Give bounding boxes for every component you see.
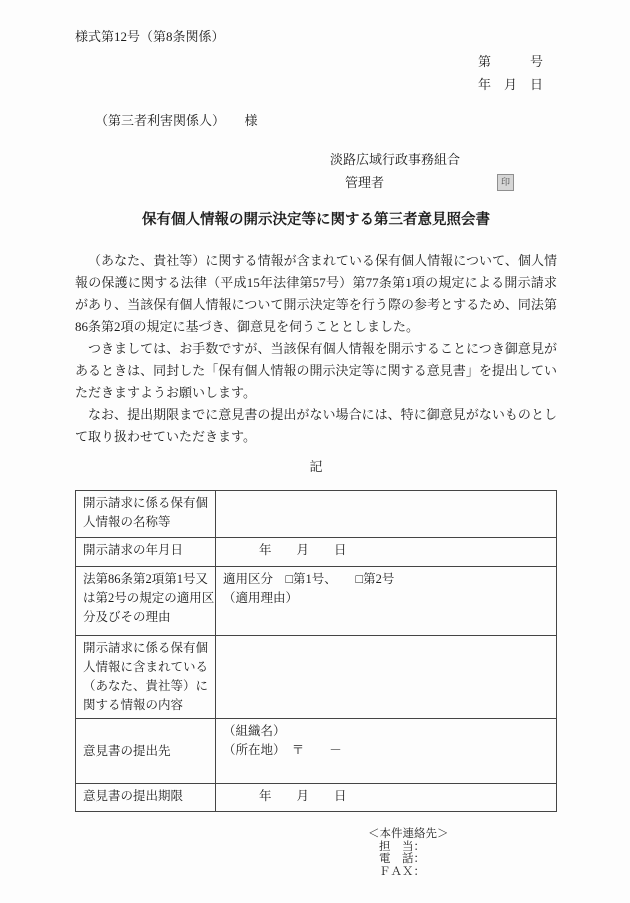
document-title: 保有個人情報の開示決定等に関する第三者意見照会書 [75,210,557,230]
form-number: 様式第12号（第8条関係） [75,28,557,46]
table-row-information-name: 開示請求に係る保有個人情報の名称等 [76,491,557,538]
body-paragraph-3: なお、提出期限までに意見書の提出がない場合には、特に御意見がないものとして取り扱… [75,404,557,448]
sender-title: 管理者 [345,171,384,194]
form-table: 開示請求に係る保有個人情報の名称等 開示請求の年月日 年 月 日 法第86条第2… [75,490,557,812]
date-placeholder: 年 月 日 [259,787,550,806]
row-value: （組織名） （所在地） 〒 － [216,719,557,784]
seal-stamp-icon: 印 [497,174,514,191]
row-value: 適用区分 □第1号、 □第2号 （適用理由） [216,567,557,636]
row-value: 年 月 日 [216,538,557,567]
contact-person-line: 担 当： [368,841,557,854]
table-row-information-content: 開示請求に係る保有個人情報に含まれている（あなた、貴社等）に関する情報の内容 [76,636,557,719]
contact-fax-line: ＦＡＸ： [368,866,557,879]
body-text: （あなた、貴社等）に関する情報が含まれている保有個人情報について、個人情報の保護… [75,250,557,448]
row-value: 年 月 日 [216,784,557,812]
table-row-request-date: 開示請求の年月日 年 月 日 [76,538,557,567]
applicable-reason-label: （適用理由） [223,589,550,608]
document-page: 様式第12号（第8条関係） 第 号 年 月 日 （第三者利害関係人） 様 淡路広… [0,0,630,903]
applicable-category-checkbox-line: 適用区分 □第1号、 □第2号 [223,570,550,589]
row-value [216,491,557,538]
table-row-submission-destination: 意見書の提出先 （組織名） （所在地） 〒 － [76,719,557,784]
body-paragraph-2: つきましては、お手数ですが、当該保有個人情報を開示することにつき御意見があるとき… [75,338,557,404]
body-paragraph-1: （あなた、貴社等）に関する情報が含まれている保有個人情報について、個人情報の保護… [75,250,557,338]
row-label: 開示請求の年月日 [76,538,216,567]
table-row-applicable-provision: 法第86条第2項第1号又は第2号の規定の適用区分及びその理由 適用区分 □第1号… [76,567,557,636]
address-postal-placeholder: （所在地） 〒 － [223,741,550,760]
document-date-line: 年 月 日 [75,73,543,96]
document-number-block: 第 号 年 月 日 [75,50,557,96]
sender-organization: 淡路広域行政事務組合 [330,148,557,171]
table-row-submission-deadline: 意見書の提出期限 年 月 日 [76,784,557,812]
row-label: 意見書の提出期限 [76,784,216,812]
contact-phone-line: 電 話： [368,853,557,866]
addressee-line: （第三者利害関係人） 様 [75,112,557,130]
row-label: 開示請求に係る保有個人情報の名称等 [76,491,216,538]
ki-separator: 記 [75,458,557,476]
contact-heading: ＜本件連絡先＞ [368,828,557,841]
sender-block: 淡路広域行政事務組合 管理者 印 [330,148,557,194]
sender-title-row: 管理者 印 [330,171,557,194]
row-label: 法第86条第2項第1号又は第2号の規定の適用区分及びその理由 [76,567,216,636]
organization-name-placeholder: （組織名） [223,722,550,741]
date-placeholder: 年 月 日 [259,541,550,560]
document-number-line: 第 号 [75,50,543,73]
row-label: 意見書の提出先 [76,719,216,784]
contact-block: ＜本件連絡先＞ 担 当： 電 話： ＦＡＸ： [368,828,557,878]
row-value [216,636,557,719]
row-label: 開示請求に係る保有個人情報に含まれている（あなた、貴社等）に関する情報の内容 [76,636,216,719]
